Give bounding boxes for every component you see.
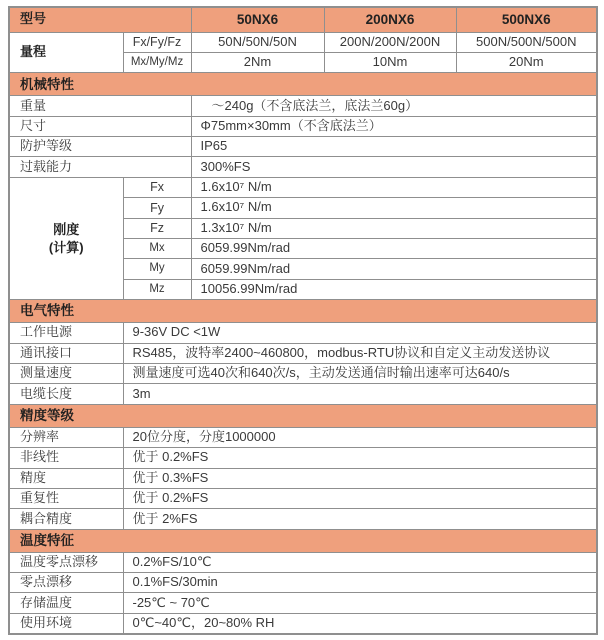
stiffness-value: 1.6x10⁷ N/m — [191, 177, 597, 197]
spec-label: 重量 — [9, 96, 191, 116]
spec-row-resolution: 分辨率 20位分度，分度1000000 — [9, 427, 597, 447]
range-value: 200N/200N/200N — [324, 32, 456, 52]
section-title: 电气特性 — [9, 300, 597, 323]
spec-label: 使用环境 — [9, 613, 123, 633]
section-title: 机械特性 — [9, 73, 597, 96]
stiffness-value: 1.6x10⁷ N/m — [191, 198, 597, 218]
model-header-row: 型号 50NX6 200NX6 500NX6 — [9, 7, 597, 32]
stiffness-axis: My — [123, 259, 191, 279]
spec-value: Φ75mm×30mm（不含底法兰） — [191, 116, 597, 136]
spec-label: 测量速度 — [9, 363, 123, 383]
spec-label: 防护等级 — [9, 137, 191, 157]
model-name-500nx6: 500NX6 — [456, 7, 597, 32]
range-value: 20Nm — [456, 52, 597, 72]
spec-label: 电缆长度 — [9, 384, 123, 404]
spec-row-power: 工作电源 9-36V DC <1W — [9, 323, 597, 343]
spec-value: 0.2%FS/10℃ — [123, 552, 597, 572]
stiffness-axis: Fz — [123, 218, 191, 238]
spec-label: 存储温度 — [9, 593, 123, 613]
range-label: 量程 — [9, 32, 123, 73]
model-header-label: 型号 — [9, 7, 191, 32]
spec-label: 重复性 — [9, 488, 123, 508]
section-title: 精度等级 — [9, 404, 597, 427]
spec-value: -25℃ ~ 70℃ — [123, 593, 597, 613]
stiffness-axis: Mz — [123, 279, 191, 299]
section-header-mechanical: 机械特性 — [9, 73, 597, 96]
spec-label: 工作电源 — [9, 323, 123, 343]
spec-row-storage-temp: 存储温度 -25℃ ~ 70℃ — [9, 593, 597, 613]
spec-label: 零点漂移 — [9, 573, 123, 593]
section-header-accuracy: 精度等级 — [9, 404, 597, 427]
range-value: 2Nm — [191, 52, 324, 72]
section-header-electrical: 电气特性 — [9, 300, 597, 323]
stiffness-axis: Fx — [123, 177, 191, 197]
spec-value: 0℃~40℃，20~80% RH — [123, 613, 597, 633]
spec-value: 9-36V DC <1W — [123, 323, 597, 343]
spec-value: 优于 0.2%FS — [123, 448, 597, 468]
spec-value: 优于 0.2%FS — [123, 488, 597, 508]
spec-label: 耦合精度 — [9, 509, 123, 529]
model-name-200nx6: 200NX6 — [324, 7, 456, 32]
range-value: 10Nm — [324, 52, 456, 72]
spec-row-precision: 精度 优于 0.3%FS — [9, 468, 597, 488]
spec-value: 3m — [123, 384, 597, 404]
spec-row-repeatability: 重复性 优于 0.2%FS — [9, 488, 597, 508]
range-value: 500N/500N/500N — [456, 32, 597, 52]
model-name-50nx6: 50NX6 — [191, 7, 324, 32]
spec-row-overload: 过载能力 300%FS — [9, 157, 597, 177]
spec-label: 精度 — [9, 468, 123, 488]
stiffness-axis: Fy — [123, 198, 191, 218]
spec-value: RS485，波特率2400~460800，modbus-RTU协议和自定义主动发… — [123, 343, 597, 363]
range-axes-torque: Mx/My/Mz — [123, 52, 191, 72]
spec-value: 优于 2%FS — [123, 509, 597, 529]
range-row-force: 量程 Fx/Fy/Fz 50N/50N/50N 200N/200N/200N 5… — [9, 32, 597, 52]
stiffness-label: 刚度 (计算) — [9, 177, 123, 299]
spec-row-nonlinearity: 非线性 优于 0.2%FS — [9, 448, 597, 468]
range-value: 50N/50N/50N — [191, 32, 324, 52]
spec-row-cable-length: 电缆长度 3m — [9, 384, 597, 404]
spec-row-temp-zero-drift: 温度零点漂移 0.2%FS/10℃ — [9, 552, 597, 572]
spec-table: 型号 50NX6 200NX6 500NX6 量程 Fx/Fy/Fz 50N/5… — [8, 6, 598, 635]
section-header-temperature: 温度特征 — [9, 529, 597, 552]
spec-label: 尺寸 — [9, 116, 191, 136]
spec-label: 过载能力 — [9, 157, 191, 177]
stiffness-value: 10056.99Nm/rad — [191, 279, 597, 299]
spec-value: ～240g（不含底法兰，底法兰60g） — [191, 96, 597, 116]
spec-value: 测量速度可选40次和640次/s，主动发送通信时输出速率可达640/s — [123, 363, 597, 383]
spec-value: 优于 0.3%FS — [123, 468, 597, 488]
spec-label: 通讯接口 — [9, 343, 123, 363]
spec-value: 20位分度，分度1000000 — [123, 427, 597, 447]
spec-value: 0.1%FS/30min — [123, 573, 597, 593]
range-axes-force: Fx/Fy/Fz — [123, 32, 191, 52]
spec-row-dimensions: 尺寸 Φ75mm×30mm（不含底法兰） — [9, 116, 597, 136]
spec-row-comm-interface: 通讯接口 RS485，波特率2400~460800，modbus-RTU协议和自… — [9, 343, 597, 363]
stiffness-value: 6059.99Nm/rad — [191, 239, 597, 259]
stiffness-value: 6059.99Nm/rad — [191, 259, 597, 279]
spec-row-protection: 防护等级 IP65 — [9, 137, 597, 157]
spec-row-coupling-accuracy: 耦合精度 优于 2%FS — [9, 509, 597, 529]
spec-row-zero-drift: 零点漂移 0.1%FS/30min — [9, 573, 597, 593]
stiffness-value: 1.3x10⁷ N/m — [191, 218, 597, 238]
spec-row-weight: 重量 ～240g（不含底法兰，底法兰60g） — [9, 96, 597, 116]
section-title: 温度特征 — [9, 529, 597, 552]
spec-row-measure-speed: 测量速度 测量速度可选40次和640次/s，主动发送通信时输出速率可达640/s — [9, 363, 597, 383]
spec-row-operating-env: 使用环境 0℃~40℃，20~80% RH — [9, 613, 597, 633]
spec-value: IP65 — [191, 137, 597, 157]
stiffness-axis: Mx — [123, 239, 191, 259]
spec-value: 300%FS — [191, 157, 597, 177]
spec-label: 温度零点漂移 — [9, 552, 123, 572]
spec-label: 非线性 — [9, 448, 123, 468]
spec-label: 分辨率 — [9, 427, 123, 447]
stiffness-row-fx: 刚度 (计算) Fx 1.6x10⁷ N/m — [9, 177, 597, 197]
